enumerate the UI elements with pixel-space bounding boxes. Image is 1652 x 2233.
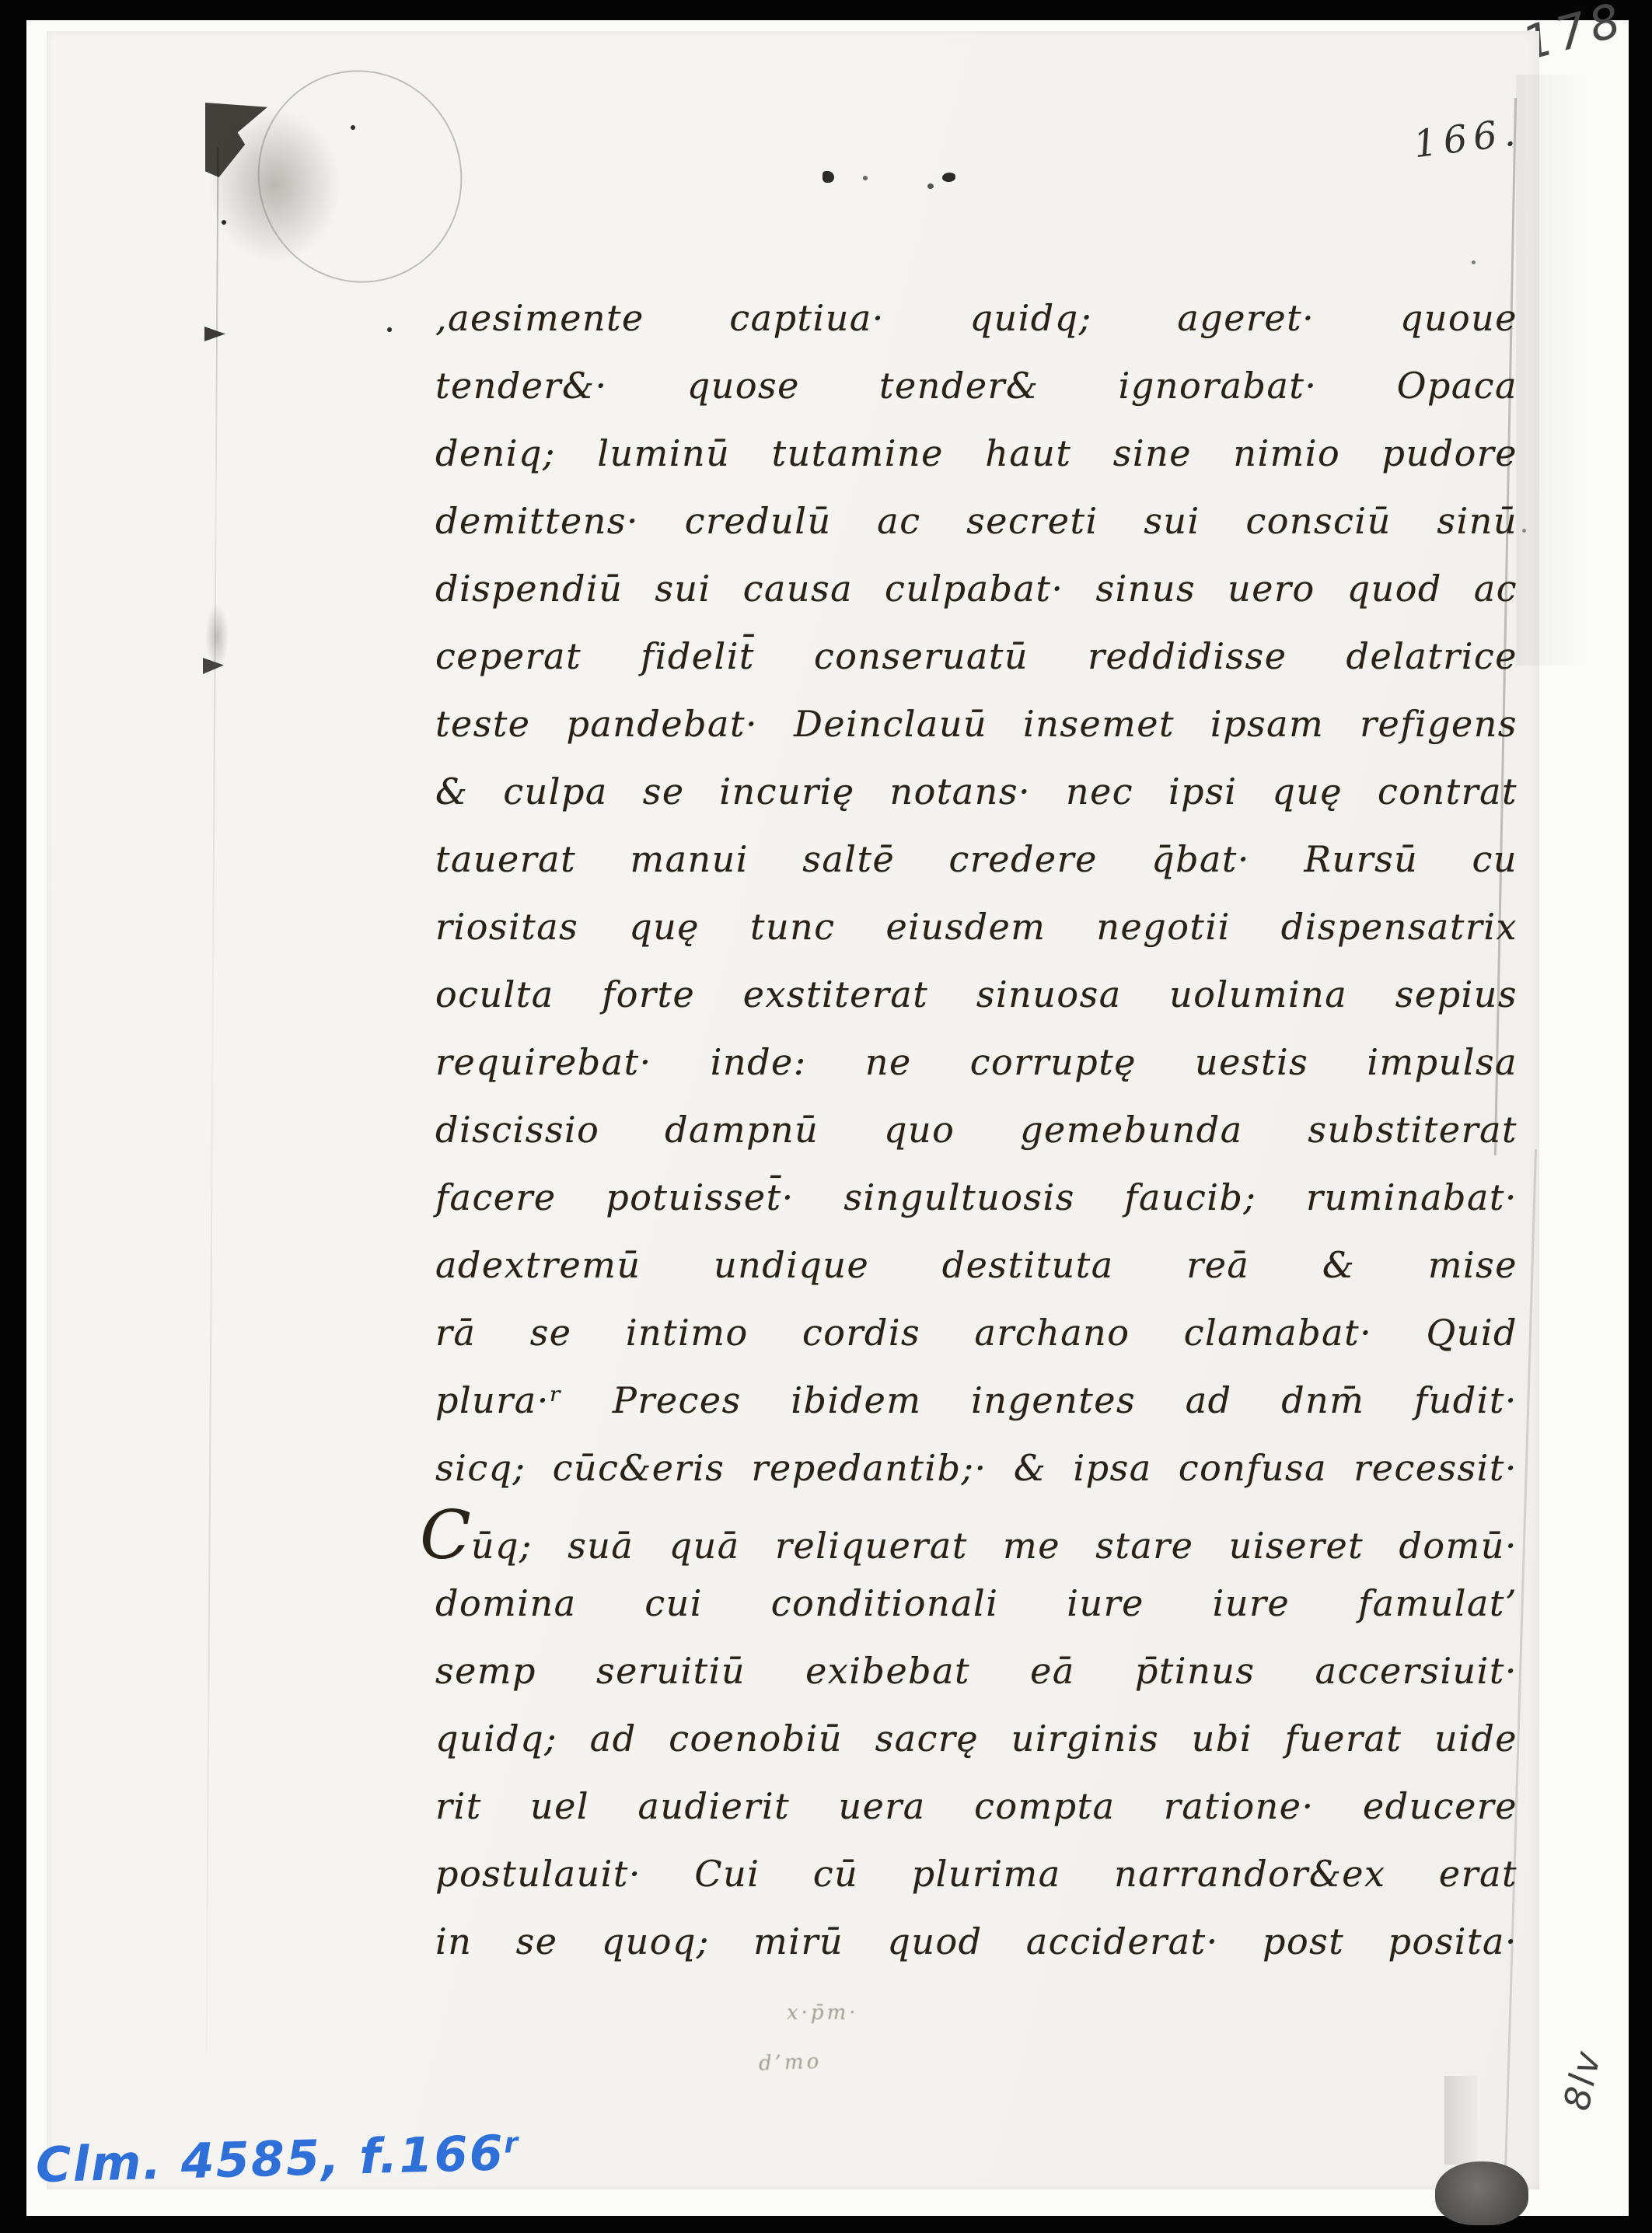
manuscript-line: sicq; cūc&eris repedantib;· & ipsa confu… — [435, 1435, 1518, 1502]
manuscript-line: in se quoq; mirū quod acciderat· post po… — [435, 1908, 1518, 1976]
ink-speck — [351, 125, 355, 130]
parchment-oval-flaw — [236, 48, 485, 304]
manuscript-line: plura·ʳ Preces ibidem ingentes ad dnm̄ f… — [435, 1367, 1518, 1435]
manuscript-line: demittens· credulū ac secreti sui consci… — [435, 487, 1518, 555]
ink-speck — [823, 171, 834, 183]
decorated-initial: C — [420, 1497, 471, 1574]
manuscript-line: teste pandebat· Deinclauū insemet ipsam … — [435, 690, 1518, 758]
page-holder-shadow — [1444, 2076, 1477, 2165]
ink-speck — [387, 327, 392, 332]
manuscript-line: discissio dampnū quo gemebunda substiter… — [435, 1096, 1518, 1164]
ink-speck — [1472, 260, 1476, 264]
manuscript-line: semp seruitiū exibebat eā p̄tinus accers… — [435, 1637, 1518, 1705]
manuscript-line: deniq; luminū tutamine haut sine nimio p… — [435, 420, 1518, 487]
page-right-edge-shadow — [1516, 75, 1587, 666]
manuscript-line: riositas quę tunc eiusdem negotii dispen… — [435, 893, 1518, 961]
left-edge-smudge — [205, 603, 229, 670]
manuscript-photo: 178 166. ,aesimente captiua· quidq; ager… — [0, 0, 1652, 2233]
manuscript-line: ,aesimente captiua· quidq; ageret· quoue — [435, 285, 1518, 352]
manuscript-line: oculta forte exstiterat sinuosa uolumina… — [435, 961, 1518, 1029]
manuscript-line: rā se intimo cordis archano clamabat· Qu… — [435, 1299, 1518, 1367]
left-edge-wedge-mark — [204, 327, 225, 341]
page-left-edge-crease — [206, 148, 219, 2053]
ink-speck — [222, 220, 226, 225]
show-through-mark: x·p̄m· — [787, 2001, 859, 2025]
manuscript-text-block: ,aesimente captiua· quidq; ageret· quoue… — [435, 285, 1518, 1976]
ink-speck — [1522, 529, 1526, 533]
manuscript-line: tauerat manui saltē credere q̄bat· Rursū… — [435, 826, 1518, 893]
manuscript-line: quidq; ad coenobiū sacrę uirginis ubi fu… — [435, 1705, 1518, 1773]
manuscript-line: & culpa se incurię notans· nec ipsi quę … — [435, 758, 1518, 826]
manuscript-line: rit uel audierit uera compta ratione· ed… — [435, 1773, 1518, 1840]
manuscript-line: tender&· quose tender& ignorabat· Opaca — [435, 352, 1518, 420]
ink-speck — [927, 183, 934, 189]
manuscript-line: ceperat fidelit̄ conseruatū reddidisse d… — [435, 623, 1518, 690]
shelfmark-superscript: r — [504, 2127, 519, 2159]
manuscript-line: Cūq; suā quā reliquerat me stare uiseret… — [420, 1502, 1518, 1570]
manuscript-line: facere potuisset̄· singultuosis faucib; … — [435, 1164, 1518, 1232]
manuscript-line: postulauit· Cui cū plurima narrandor&ex … — [435, 1840, 1518, 1908]
manuscript-page: 166. ,aesimente captiua· quidq; ageret· … — [47, 31, 1539, 2189]
ink-speck — [942, 173, 955, 182]
manuscript-line: domina cui conditionali iure iure famula… — [435, 1570, 1518, 1637]
ink-speck — [863, 176, 868, 180]
manuscript-line: dispendiū sui causa culpabat· sinus uero… — [435, 555, 1518, 623]
show-through-mark: d’mo — [759, 2050, 823, 2076]
page-holder-blob — [1435, 2161, 1528, 2225]
manuscript-line: requirebat· inde: ne corruptę uestis imp… — [435, 1029, 1518, 1096]
folio-number: 166. — [1411, 110, 1524, 167]
manuscript-line: adextremū undique destituta reā & mise — [435, 1232, 1518, 1299]
